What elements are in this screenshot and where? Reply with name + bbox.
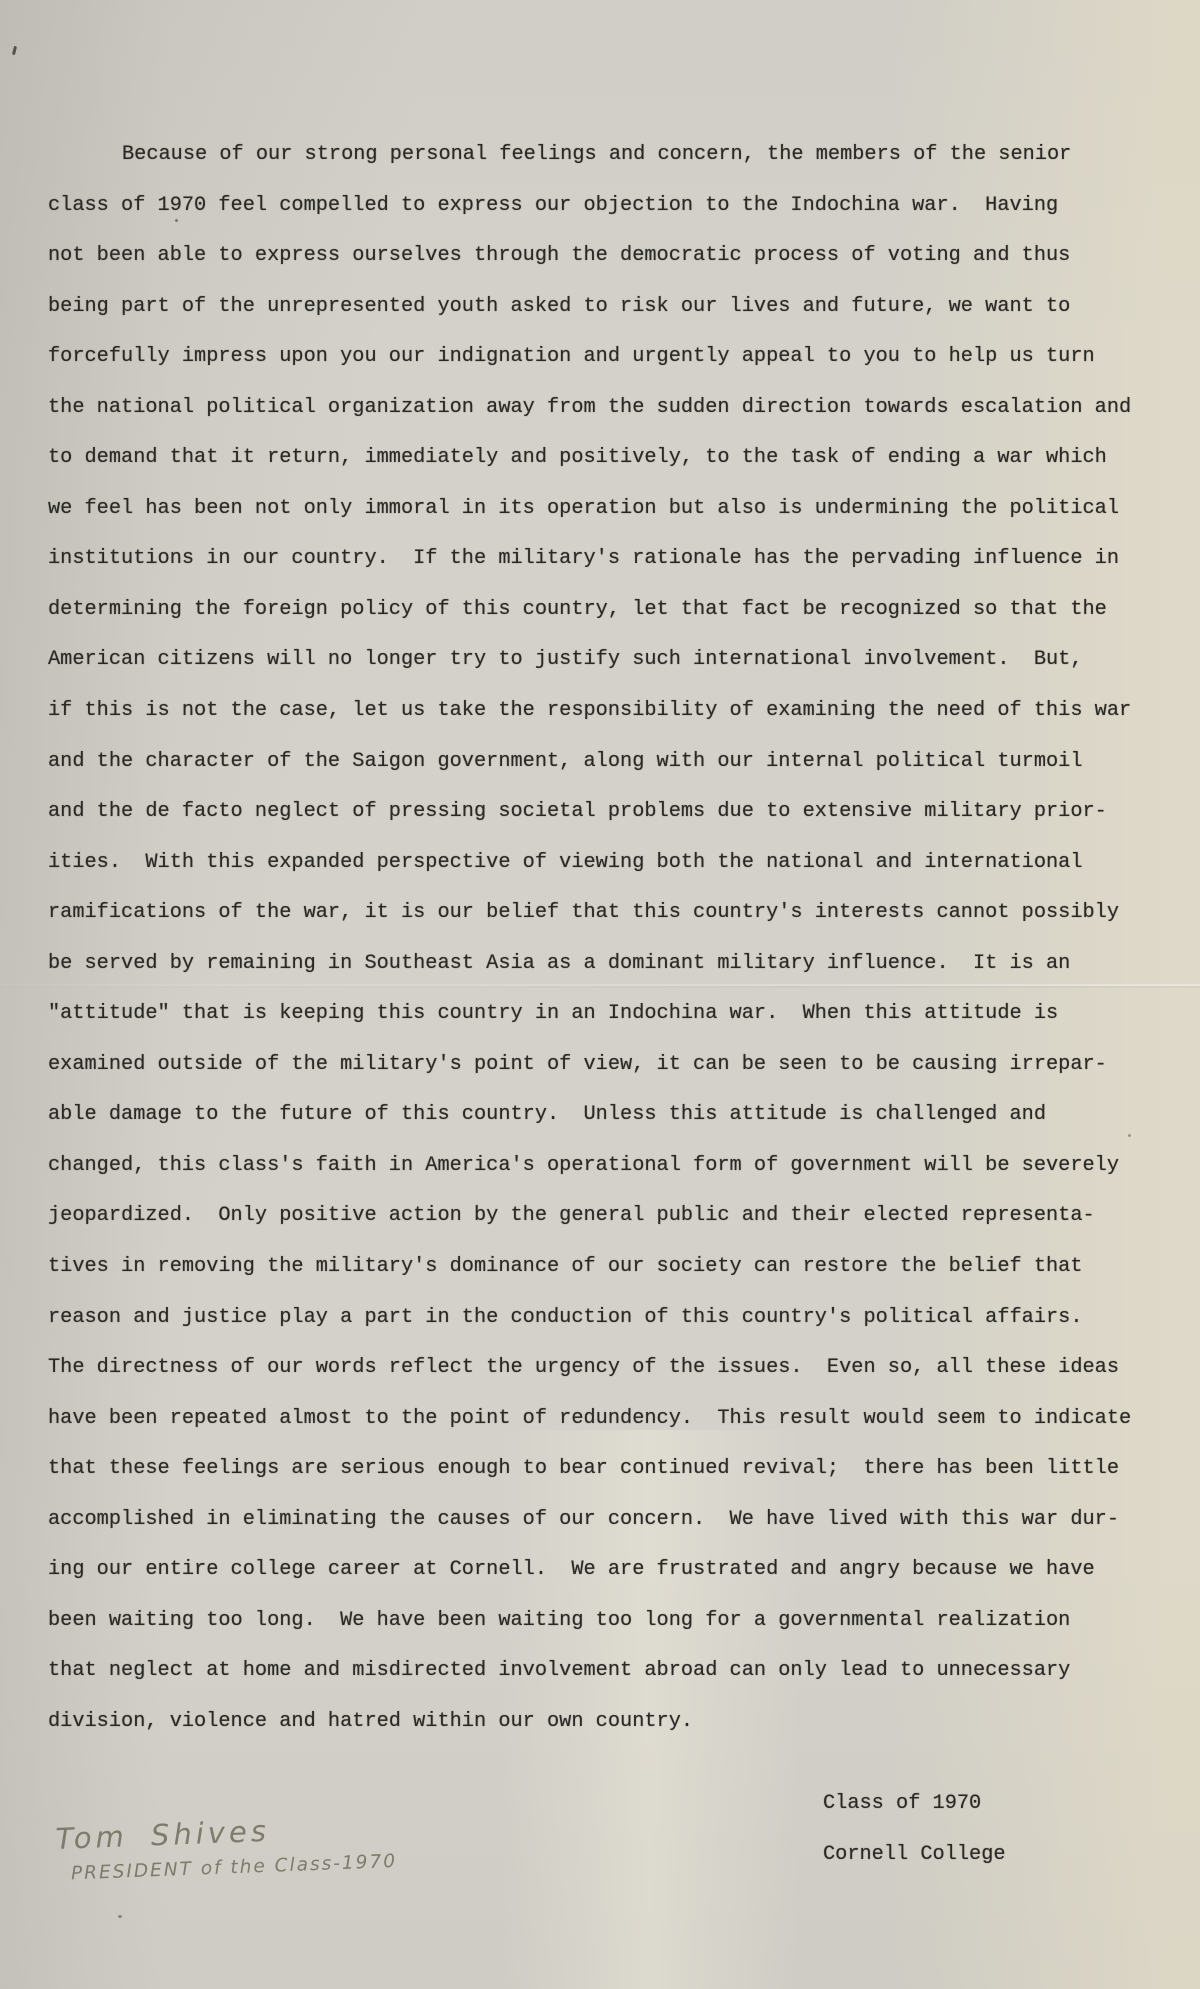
letter-line: have been repeated almost to the point o… (48, 1394, 1168, 1445)
pencil-dot (118, 1915, 122, 1918)
letter-line: ing our entire college career at Cornell… (48, 1545, 1168, 1596)
letter-line: institutions in our country. If the mili… (48, 534, 1168, 585)
letter-line: reason and justice play a part in the co… (48, 1293, 1168, 1344)
letter-line: changed, this class's faith in America's… (48, 1141, 1168, 1192)
letter-line: American citizens will no longer try to … (48, 635, 1168, 686)
letter-line: that these feelings are serious enough t… (48, 1444, 1168, 1495)
letter-line: being part of the unrepresented youth as… (48, 282, 1168, 333)
letter-line: and the character of the Saigon governme… (48, 737, 1168, 788)
handwritten-name: Tom Shives (55, 1809, 396, 1856)
letter-line: and the de facto neglect of pressing soc… (48, 787, 1168, 838)
letter-line: be served by remaining in Southeast Asia… (48, 939, 1168, 990)
letter-line: jeopardized. Only positive action by the… (48, 1191, 1168, 1242)
letter-line: Because of our strong personal feelings … (48, 130, 1168, 181)
letter-line: determining the foreign policy of this c… (48, 585, 1168, 636)
letter-line: class of 1970 feel compelled to express … (48, 181, 1168, 232)
letter-line: ities. With this expanded perspective of… (48, 838, 1168, 889)
letter-page: Because of our strong personal feelings … (0, 0, 1200, 1989)
letter-line: not been able to express ourselves throu… (48, 231, 1168, 282)
handwritten-annotation: Tom Shives PRESIDENT of the Class-1970 (55, 1809, 397, 1885)
letter-line: "attitude" that is keeping this country … (48, 989, 1168, 1040)
paper-speck (12, 46, 17, 55)
letter-line: been waiting too long. We have been wait… (48, 1596, 1168, 1647)
letter-line: division, violence and hatred within our… (48, 1697, 1168, 1748)
letter-line: able damage to the future of this countr… (48, 1090, 1168, 1141)
letter-line: accomplished in eliminating the causes o… (48, 1495, 1168, 1546)
signoff-class: Class of 1970 (823, 1779, 1006, 1830)
letter-body: Because of our strong personal feelings … (48, 130, 1168, 1748)
handwritten-title: PRESIDENT of the Class-1970 (71, 1851, 398, 1885)
letter-line: forcefully impress upon you our indignat… (48, 332, 1168, 383)
letter-line: tives in removing the military's dominan… (48, 1242, 1168, 1293)
letter-line: if this is not the case, let us take the… (48, 686, 1168, 737)
signature-block: Class of 1970 Cornell College (823, 1779, 1006, 1880)
letter-line: that neglect at home and misdirected inv… (48, 1646, 1168, 1697)
letter-line: we feel has been not only immoral in its… (48, 484, 1168, 535)
letter-line: ramifications of the war, it is our beli… (48, 888, 1168, 939)
paper-speck (1128, 1134, 1131, 1137)
letter-line: The directness of our words reflect the … (48, 1343, 1168, 1394)
paper-speck (175, 219, 178, 222)
signoff-college: Cornell College (823, 1830, 1006, 1881)
letter-line: the national political organization away… (48, 383, 1168, 434)
letter-line: to demand that it return, immediately an… (48, 433, 1168, 484)
letter-line: examined outside of the military's point… (48, 1040, 1168, 1091)
